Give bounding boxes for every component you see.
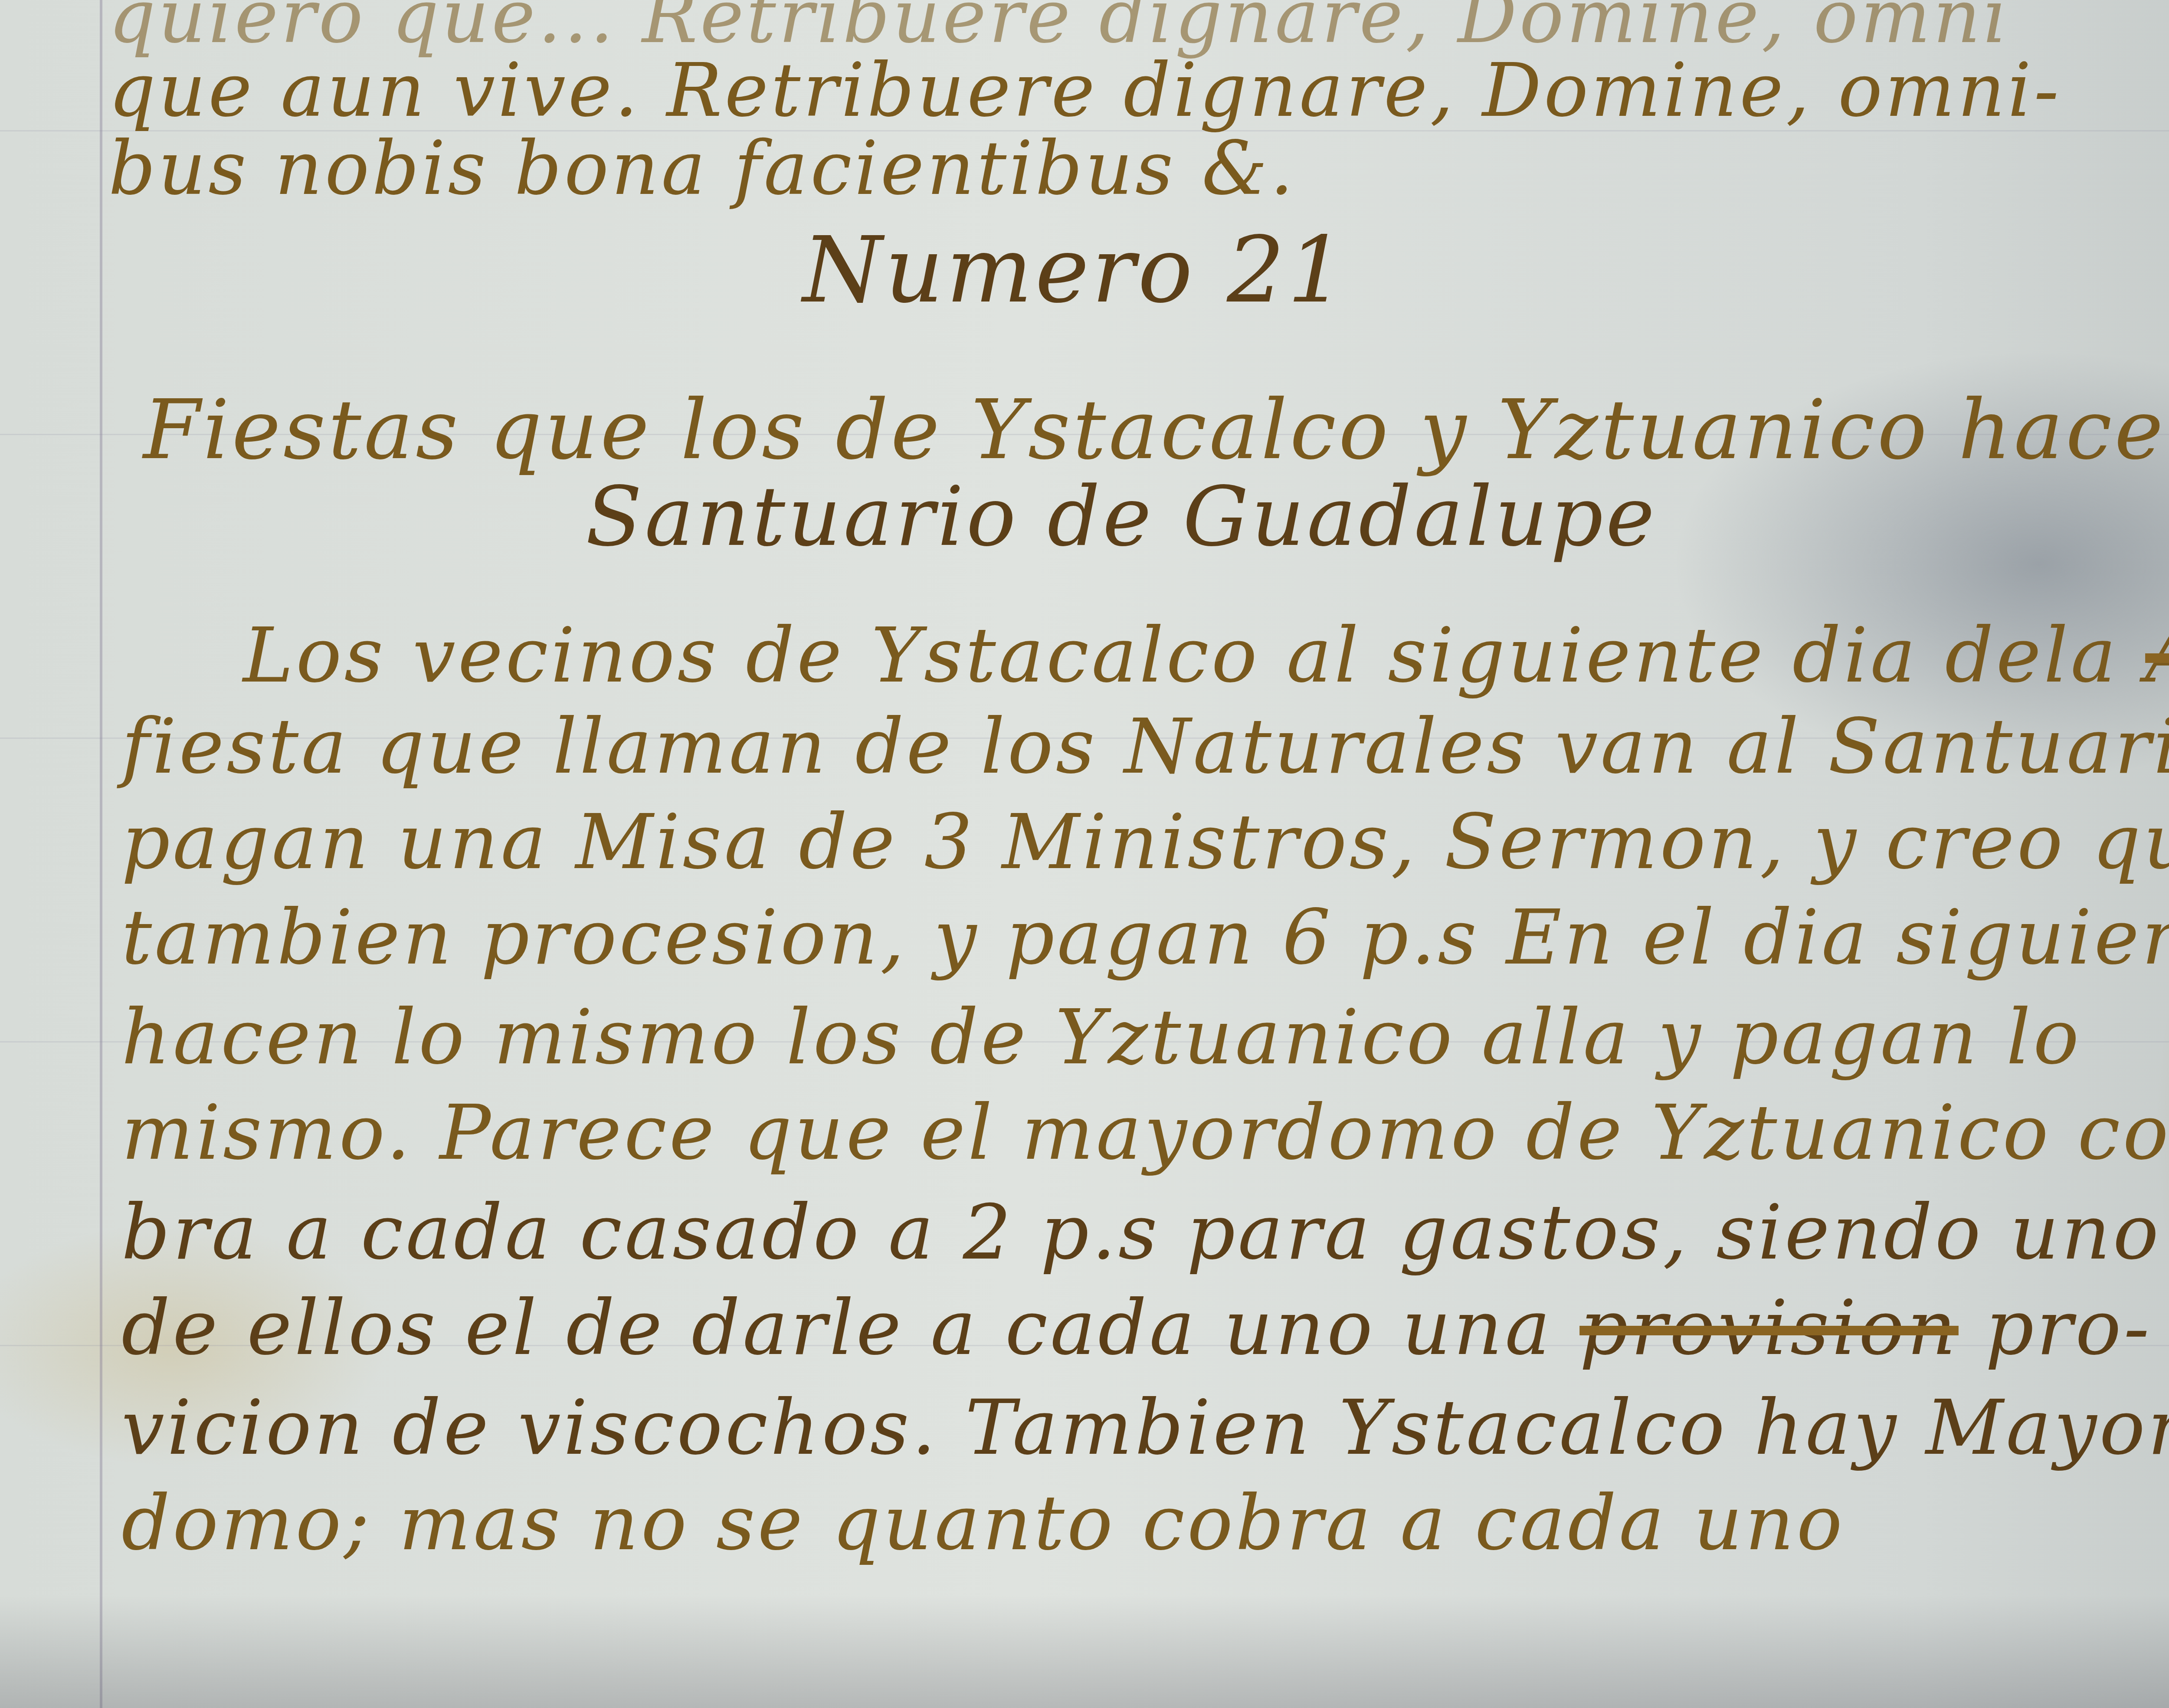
body-line-8: de ellos el de darle a cada uno una prov…: [121, 1284, 2152, 1372]
entry-subtitle-line-1: Fiestas que los de Ystacalco y Yztuanico…: [143, 382, 2169, 478]
body-line-9: vicion de viscochos. Tambien Ystacalco h…: [121, 1384, 2169, 1472]
body-line-2: fiesta que llaman de los Naturales van a…: [121, 703, 2169, 791]
body-line-1: Los vecinos de Ystacalco al siguiente di…: [243, 612, 2169, 700]
body-line-1-text: Los vecinos de Ystacalco al siguiente di…: [243, 612, 2145, 700]
margin-rule: [100, 0, 102, 1708]
carryover-line-3: bus nobis bona facientibus &.: [108, 126, 1296, 212]
entry-subtitle-line-2: Santuario de Guadalupe: [586, 469, 1657, 564]
bottom-shadow: [0, 1595, 2169, 1708]
body-line-7: bra a cada casado a 2 p.s para gastos, s…: [121, 1189, 2161, 1277]
body-line-8-text: de ellos el de darle a cada uno una: [121, 1284, 1579, 1372]
manuscript-page: quiero que... Retribuere dignare, Domine…: [0, 0, 2169, 1708]
body-line-4: tambien procesion, y pagan 6 p.s En el d…: [121, 894, 2169, 982]
struck-word: provision: [1579, 1284, 1959, 1372]
carryover-line-2: que aun vive. Retribuere dignare, Domine…: [108, 48, 2061, 134]
struck-word: Apa: [2145, 612, 2169, 700]
body-line-3: pagan una Misa de 3 Ministros, Sermon, y…: [121, 798, 2169, 886]
entry-heading: Numero 21: [803, 217, 1348, 323]
body-line-6: mismo. Parece que el mayordomo de Yztuan…: [121, 1089, 2169, 1177]
body-line-5: hacen lo mismo los de Yztuanico alla y p…: [121, 993, 2081, 1082]
line-continuation: pro-: [1959, 1284, 2152, 1372]
body-line-10: domo; mas no se quanto cobra a cada uno: [121, 1479, 1845, 1567]
